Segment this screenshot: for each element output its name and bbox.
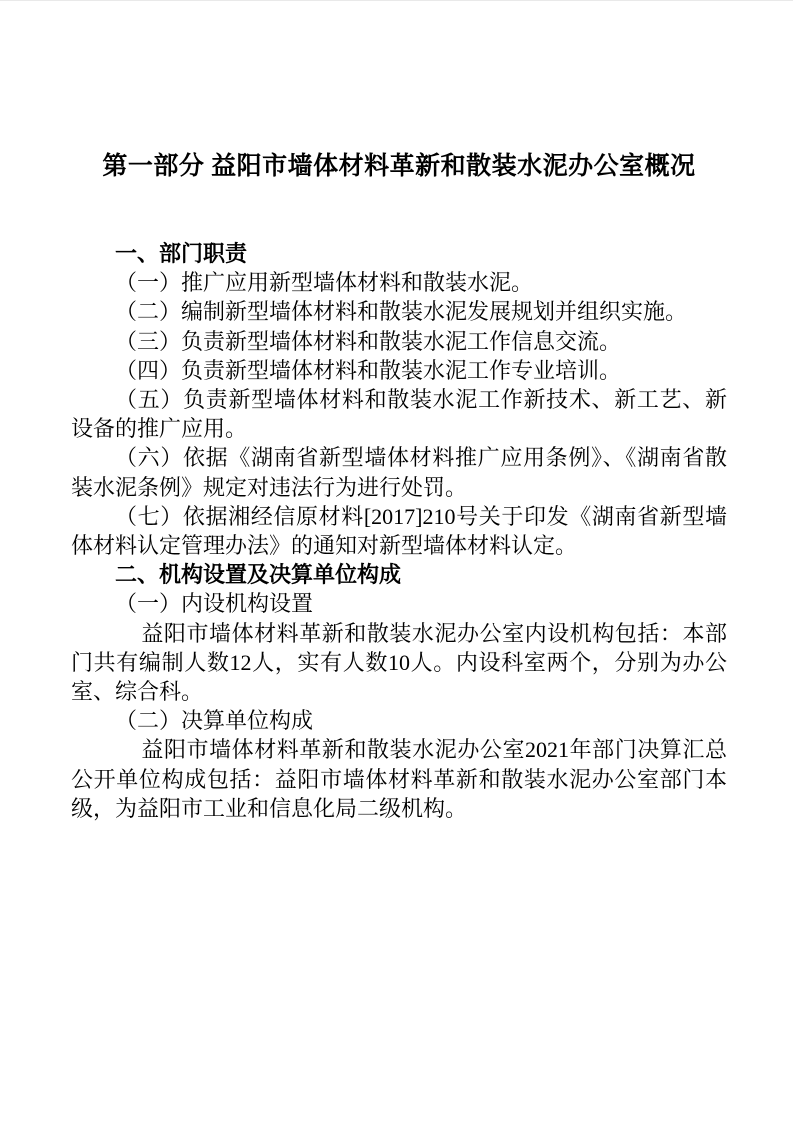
duty-item-3: （三）负责新型墙体材料和散装水泥工作信息交流。 <box>71 327 727 356</box>
duty-item-1: （一）推广应用新型墙体材料和散装水泥。 <box>71 268 727 297</box>
document-title: 第一部分 益阳市墙体材料革新和散装水泥办公室概况 <box>71 148 727 185</box>
duty-item-4: （四）负责新型墙体材料和散装水泥工作专业培训。 <box>71 356 727 385</box>
document-page: 第一部分 益阳市墙体材料革新和散装水泥办公室概况 一、部门职责 （一）推广应用新… <box>0 0 793 1122</box>
duty-item-2: （二）编制新型墙体材料和散装水泥发展规划并组织实施。 <box>71 297 727 326</box>
duty-item-5: （五）负责新型墙体材料和散装水泥工作新技术、新工艺、新设备的推广应用。 <box>71 385 727 443</box>
subsection-budget-units: （二）决算单位构成 <box>71 706 727 735</box>
section-heading-department-duties: 一、部门职责 <box>71 239 727 268</box>
duty-item-6: （六）依据《湖南省新型墙体材料推广应用条例》、《湖南省散装水泥条例》规定对违法行… <box>71 443 727 501</box>
duty-item-7: （七）依据湘经信原材料[2017]210号关于印发《湖南省新型墙体材料认定管理办… <box>71 502 727 560</box>
internal-org-paragraph: 益阳市墙体材料革新和散装水泥办公室内设机构包括：本部门共有编制人数12人，实有人… <box>71 619 727 707</box>
budget-units-paragraph: 益阳市墙体材料革新和散装水泥办公室2021年部门决算汇总公开单位构成包括：益阳市… <box>71 735 727 823</box>
subsection-internal-org: （一）内设机构设置 <box>71 589 727 618</box>
section-heading-org-structure: 二、机构设置及决算单位构成 <box>71 560 727 589</box>
document-body: 一、部门职责 （一）推广应用新型墙体材料和散装水泥。 （二）编制新型墙体材料和散… <box>71 239 727 823</box>
